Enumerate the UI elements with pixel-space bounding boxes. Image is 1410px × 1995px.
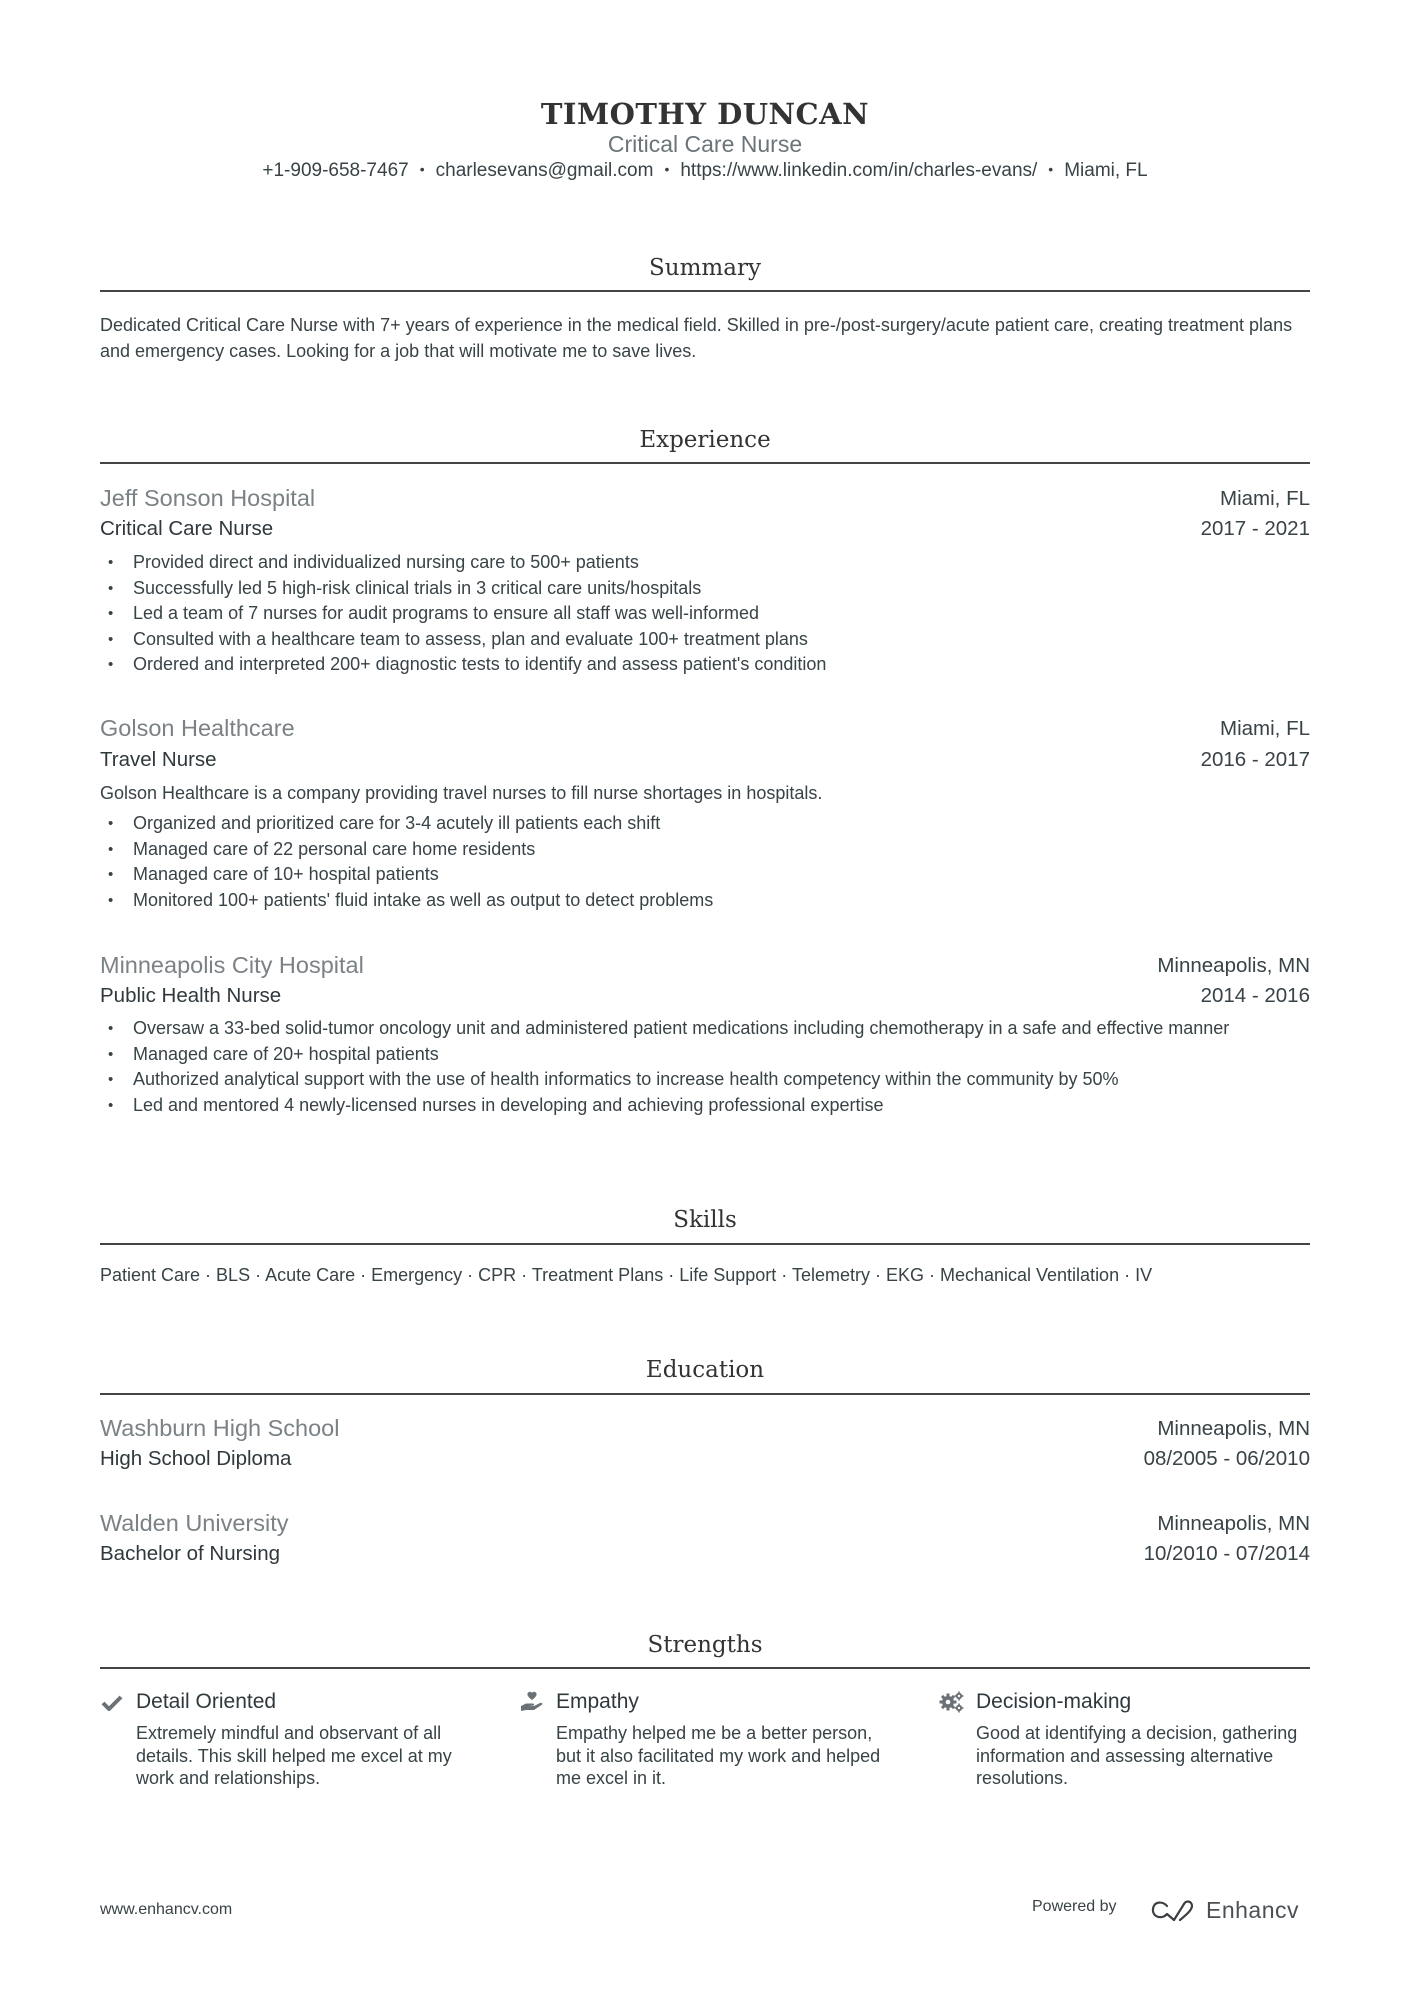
section-divider — [100, 1393, 1310, 1395]
strength-title: Detail Oriented — [136, 1690, 276, 1714]
strength-description: Extremely mindful and observant of all d… — [136, 1722, 476, 1790]
list-item: Consulted with a healthcare team to asse… — [100, 627, 1315, 653]
summary-text: Dedicated Critical Care Nurse with 7+ ye… — [100, 313, 1315, 364]
education-location: Minneapolis, MN — [1157, 1512, 1310, 1536]
email[interactable]: charlesevans@gmail.com — [436, 160, 654, 181]
job-company: Golson Healthcare — [100, 715, 295, 742]
list-item: Provided direct and individualized nursi… — [100, 550, 1315, 576]
education-school: Washburn High School — [100, 1415, 339, 1442]
contact-line: +1-909-658-7467•charlesevans@gmail.com•h… — [100, 160, 1310, 182]
job-location: Miami, FL — [1220, 717, 1310, 741]
list-item: Led a team of 7 nurses for audit program… — [100, 601, 1315, 627]
strength-description: Good at identifying a decision, gatherin… — [976, 1722, 1316, 1790]
section-heading-summary: Summary — [100, 255, 1310, 281]
list-item: Monitored 100+ patients' fluid intake as… — [100, 888, 1315, 914]
hand-heart-icon — [519, 1689, 543, 1713]
section-divider — [100, 1667, 1310, 1669]
job-bullets: Provided direct and individualized nursi… — [100, 550, 1315, 678]
powered-by-label: Powered by — [1032, 1898, 1117, 1916]
enhancv-logo-icon — [1150, 1898, 1198, 1924]
list-item: Successfully led 5 high-risk clinical tr… — [100, 576, 1315, 602]
education-dates: 08/2005 - 06/2010 — [1144, 1447, 1310, 1471]
candidate-name: TIMOTHY DUNCAN — [100, 97, 1310, 131]
job-dates: 2014 - 2016 — [1201, 984, 1310, 1008]
job-dates: 2016 - 2017 — [1201, 748, 1310, 772]
section-divider — [100, 290, 1310, 292]
footer-website-link[interactable]: www.enhancv.com — [100, 1901, 232, 1919]
list-item: Oversaw a 33-bed solid-tumor oncology un… — [100, 1016, 1315, 1042]
education-school: Walden University — [100, 1510, 289, 1537]
job-location: Miami, FL — [1220, 487, 1310, 511]
enhancv-brand-name: Enhancv — [1206, 1897, 1299, 1924]
section-divider — [100, 1243, 1310, 1245]
job-description: Golson Healthcare is a company providing… — [100, 781, 822, 807]
job-role: Public Health Nurse — [100, 984, 281, 1008]
list-item: Ordered and interpreted 200+ diagnostic … — [100, 652, 1315, 678]
education-dates: 10/2010 - 07/2014 — [1144, 1542, 1310, 1566]
linkedin-link[interactable]: https://www.linkedin.com/in/charles-evan… — [680, 160, 1037, 181]
separator: • — [664, 161, 669, 177]
list-item: Managed care of 20+ hospital patients — [100, 1042, 1315, 1068]
gears-icon — [939, 1690, 963, 1714]
list-item: Managed care of 10+ hospital patients — [100, 862, 1315, 888]
job-company: Minneapolis City Hospital — [100, 952, 364, 979]
education-degree: High School Diploma — [100, 1447, 291, 1471]
strength-title: Decision-making — [976, 1690, 1131, 1714]
enhancv-logo[interactable]: Enhancv — [1150, 1897, 1299, 1924]
strength-description: Empathy helped me be a better person, bu… — [556, 1722, 896, 1790]
job-location: Minneapolis, MN — [1157, 954, 1310, 978]
checkmark-icon — [101, 1692, 125, 1716]
section-heading-experience: Experience — [100, 427, 1310, 453]
separator: • — [420, 161, 425, 177]
location: Miami, FL — [1064, 160, 1147, 181]
job-role: Critical Care Nurse — [100, 517, 273, 541]
candidate-title: Critical Care Nurse — [100, 131, 1310, 158]
section-divider — [100, 462, 1310, 464]
list-item: Organized and prioritized care for 3-4 a… — [100, 811, 1315, 837]
education-degree: Bachelor of Nursing — [100, 1542, 280, 1566]
job-bullets: Oversaw a 33-bed solid-tumor oncology un… — [100, 1016, 1315, 1118]
list-item: Authorized analytical support with the u… — [100, 1067, 1315, 1093]
strength-title: Empathy — [556, 1690, 639, 1714]
education-location: Minneapolis, MN — [1157, 1417, 1310, 1441]
section-heading-strengths: Strengths — [100, 1632, 1310, 1658]
skills-list: Patient Care · BLS · Acute Care · Emerge… — [100, 1263, 1315, 1289]
phone[interactable]: +1-909-658-7467 — [262, 160, 408, 181]
section-heading-skills: Skills — [100, 1207, 1310, 1233]
job-dates: 2017 - 2021 — [1201, 517, 1310, 541]
section-heading-education: Education — [100, 1357, 1310, 1383]
job-bullets: Organized and prioritized care for 3-4 a… — [100, 811, 1315, 913]
job-company: Jeff Sonson Hospital — [100, 485, 315, 512]
list-item: Led and mentored 4 newly-licensed nurses… — [100, 1093, 1315, 1119]
job-role: Travel Nurse — [100, 748, 217, 772]
list-item: Managed care of 22 personal care home re… — [100, 837, 1315, 863]
separator: • — [1048, 161, 1053, 177]
